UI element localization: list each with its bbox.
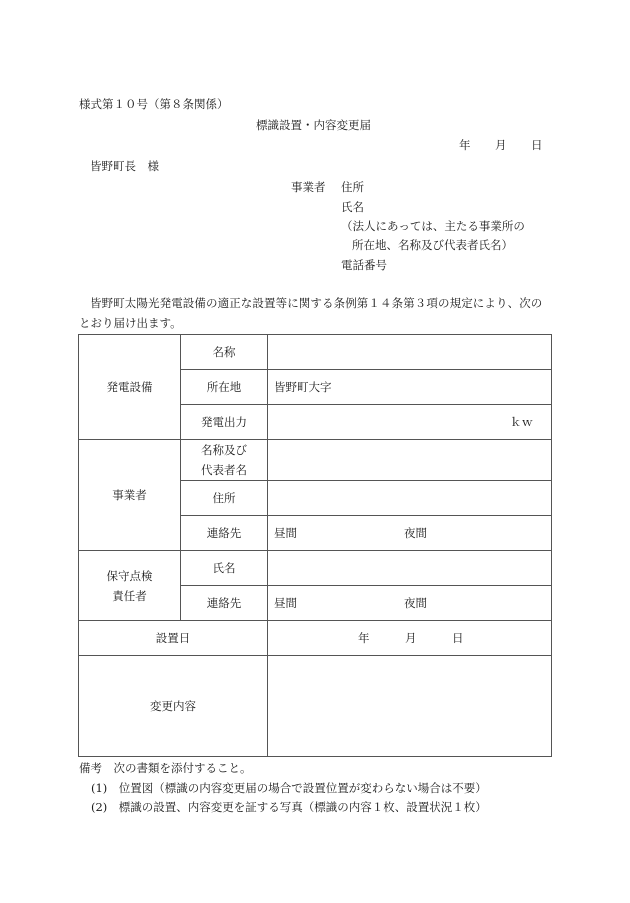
date-day-label[interactable]: 日 [531, 138, 543, 152]
install-date-day: 日 [452, 630, 464, 646]
applicant-name-label[interactable]: 氏名 [341, 200, 364, 214]
table-row: 事業者 名称及び 代表者名 [79, 440, 552, 481]
change-content-label: 変更内容 [79, 656, 268, 757]
operator-name-label-line1: 名称及び [181, 440, 267, 460]
applicant-note-line1: （法人にあっては、主たる事業所の [341, 219, 525, 233]
facility-location-label: 所在地 [181, 370, 268, 405]
remarks-item-1: (1) 位置図（標識の内容変更届の場合で設置位置が変わらない場合は不要） [91, 781, 487, 795]
maintenance-name-field[interactable] [268, 551, 552, 586]
operator-contact-field[interactable]: 昼間 夜間 [268, 516, 552, 551]
maintenance-contact-field[interactable]: 昼間 夜間 [268, 586, 552, 621]
document-title: 標識設置・内容変更届 [256, 118, 371, 132]
facility-name-label: 名称 [181, 335, 268, 370]
operator-name-label: 名称及び 代表者名 [181, 440, 268, 481]
maintenance-group-label-line2: 責任者 [79, 586, 180, 606]
facility-group-label: 発電設備 [79, 335, 181, 440]
maintenance-night-label: 夜間 [404, 595, 427, 611]
install-date-label: 設置日 [79, 621, 268, 656]
table-row: 発電設備 名称 [79, 335, 552, 370]
date-month-label[interactable]: 月 [495, 138, 507, 152]
operator-address-field[interactable] [268, 481, 552, 516]
output-unit: ｋｗ [510, 415, 533, 429]
facility-location-field[interactable]: 皆野町大字 [268, 370, 552, 405]
table-row: 保守点検 責任者 氏名 [79, 551, 552, 586]
install-date-field[interactable]: 年 月 日 [268, 621, 552, 656]
table-row: 変更内容 [79, 656, 552, 757]
applicant-label: 事業者 [291, 180, 326, 194]
facility-output-label: 発電出力 [181, 405, 268, 440]
applicant-note-line2: 所在地、名称及び代表者氏名） [352, 238, 513, 252]
maintenance-group-label: 保守点検 責任者 [79, 551, 181, 621]
maintenance-contact-label: 連絡先 [181, 586, 268, 621]
remarks-item-2: (2) 標識の設置、内容変更を証する写真（標識の内容１枚、設置状況１枚） [91, 800, 487, 814]
form-number: 様式第１０号（第８条関係） [79, 97, 229, 111]
operator-day-label: 昼間 [274, 526, 297, 540]
remarks-heading: 備考 次の書類を添付すること。 [79, 761, 252, 775]
body-text-line2: とおり届け出ます。 [79, 316, 182, 330]
operator-name-field[interactable] [268, 440, 552, 481]
notification-form-table: 発電設備 名称 所在地 皆野町大字 発電出力 ｋｗ 事業者 名称及び 代表者名 … [78, 334, 552, 757]
operator-night-label: 夜間 [404, 525, 427, 541]
facility-name-field[interactable] [268, 335, 552, 370]
maintenance-name-label: 氏名 [181, 551, 268, 586]
table-row: 設置日 年 月 日 [79, 621, 552, 656]
operator-group-label: 事業者 [79, 440, 181, 551]
install-date-month: 月 [405, 630, 417, 646]
install-date-year: 年 [358, 630, 370, 646]
body-text-line1: 皆野町太陽光発電設備の適正な設置等に関する条例第１４条第３項の規定により、次の [90, 296, 542, 310]
change-content-field[interactable] [268, 656, 552, 757]
facility-output-field[interactable]: ｋｗ [268, 405, 552, 440]
applicant-address-label[interactable]: 住所 [341, 180, 364, 194]
applicant-phone-label[interactable]: 電話番号 [341, 258, 387, 272]
maintenance-group-label-line1: 保守点検 [79, 566, 180, 586]
operator-name-label-line2: 代表者名 [181, 460, 267, 480]
operator-address-label: 住所 [181, 481, 268, 516]
date-year-label[interactable]: 年 [459, 138, 471, 152]
maintenance-day-label: 昼間 [274, 596, 297, 610]
operator-contact-label: 連絡先 [181, 516, 268, 551]
addressee: 皆野町長 様 [90, 159, 159, 173]
